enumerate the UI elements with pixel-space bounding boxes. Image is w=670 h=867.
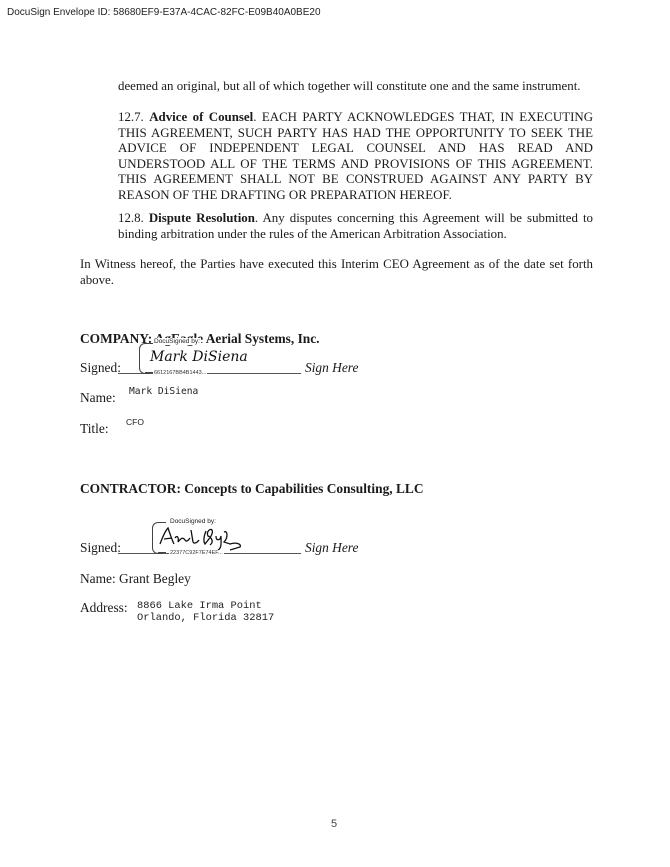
contractor-address-label: Address: — [80, 600, 128, 616]
section-number: 12.8. — [118, 211, 144, 225]
bracket-top-line — [158, 522, 166, 523]
page-number: 5 — [331, 818, 337, 830]
section-number: 12.7. — [118, 110, 144, 124]
company-docusigned-by: DocuSigned by: — [153, 338, 201, 345]
contractor-sign-here[interactable]: Sign Here — [305, 540, 358, 556]
section-title: Advice of Counsel — [149, 110, 253, 124]
contractor-signature-id: 22377C92F7E74EF... — [169, 550, 224, 556]
company-title-label: Title: — [80, 421, 109, 437]
contractor-address-line2: Orlando, Florida 32817 — [137, 612, 274, 624]
continuation-paragraph: deemed an original, but all of which tog… — [118, 79, 593, 95]
contractor-name: Name: Grant Begley — [80, 571, 191, 587]
contractor-signed-label: Signed: — [80, 540, 121, 556]
bracket-top-line — [145, 343, 153, 344]
company-name-label: Name: — [80, 390, 116, 406]
contractor-address-line1: 8866 Lake Irma Point — [137, 600, 262, 612]
section-12-7: 12.7. Advice of Counsel. EACH PARTY ACKN… — [118, 110, 593, 204]
company-sign-here[interactable]: Sign Here — [305, 360, 358, 376]
company-docusign-bracket — [139, 343, 150, 374]
company-signature-id: 6612167BB4B1443... — [153, 370, 207, 376]
envelope-id: DocuSign Envelope ID: 58680EF9-E37A-4CAC… — [7, 7, 321, 18]
bracket-bottom-line — [158, 552, 166, 553]
contractor-signature-glyph[interactable] — [158, 524, 248, 552]
section-12-8: 12.8. Dispute Resolution. Any disputes c… — [118, 211, 593, 242]
witness-paragraph: In Witness hereof, the Parties have exec… — [80, 257, 593, 288]
section-title: Dispute Resolution — [149, 211, 255, 225]
company-name-value: Mark DiSiena — [129, 386, 198, 397]
company-signed-label: Signed: — [80, 360, 121, 376]
company-title-value: CFO — [126, 417, 144, 427]
contractor-heading: CONTRACTOR: Concepts to Capabilities Con… — [80, 481, 424, 497]
bracket-bottom-line — [145, 372, 153, 373]
company-signature[interactable]: Mark DiSiena — [150, 349, 248, 365]
